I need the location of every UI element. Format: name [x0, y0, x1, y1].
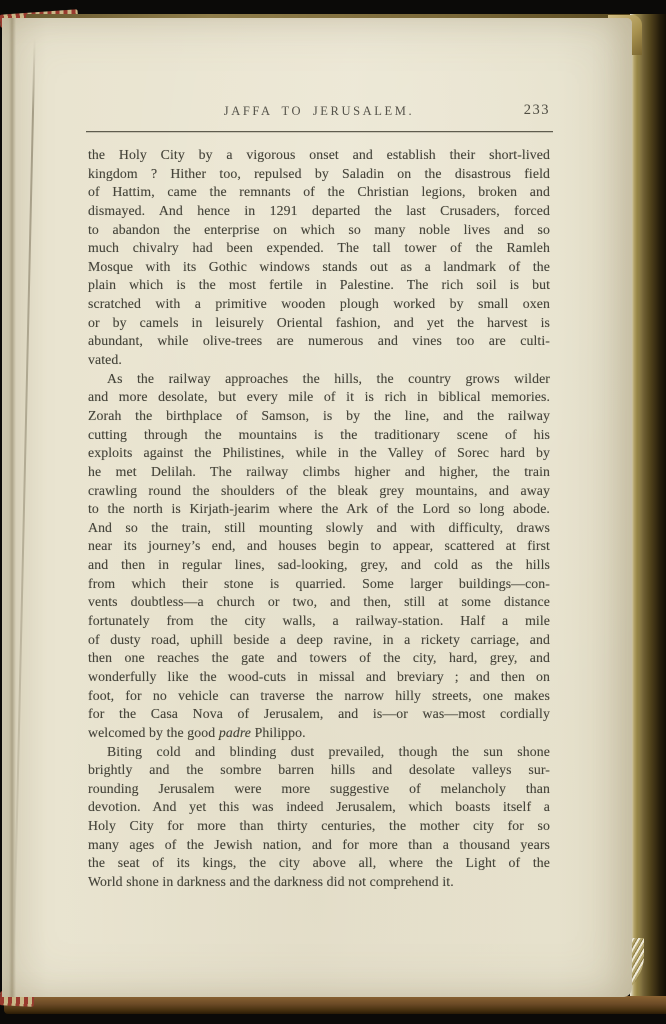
text-line: vated.: [88, 351, 550, 370]
text-line: much chivalry had been expended. The tal…: [88, 239, 550, 258]
page-content: JAFFA TO JERUSALEM. 233 the Holy City by…: [88, 18, 550, 997]
running-header: JAFFA TO JERUSALEM. 233: [88, 104, 550, 119]
text-line: Zorah the birthplace of Samson, is by th…: [88, 407, 550, 426]
text-line: As the railway approaches the hills, the…: [88, 370, 550, 389]
text-line: World shone in darkness and the darkness…: [88, 873, 550, 892]
text-line: wonderfully like the wood-cuts in missal…: [88, 668, 550, 687]
text-line: plain which is the most fertile in Pales…: [88, 276, 550, 295]
text-line: Holy City for more than thirty centuries…: [88, 817, 550, 836]
text-run: welcomed by the good: [88, 725, 219, 740]
text-line: he met Delilah. The railway climbs highe…: [88, 463, 550, 482]
book-page: JAFFA TO JERUSALEM. 233 the Holy City by…: [2, 18, 632, 997]
text-line: of Hattim, came the remnants of the Chri…: [88, 183, 550, 202]
paragraph: Biting cold and blinding dust prevailed,…: [88, 743, 550, 892]
text-line: or by camels in leisurely Oriental fashi…: [88, 314, 550, 333]
text-line: cutting through the mountains is the tra…: [88, 426, 550, 445]
body-text: the Holy City by a vigorous onset and es…: [88, 146, 550, 892]
text-line: to abandon the enterprise on which so ma…: [88, 221, 550, 240]
text-line: dismayed. And hence in 1291 departed the…: [88, 202, 550, 221]
text-line: to the north is Kirjath-jearim where the…: [88, 500, 550, 519]
text-line: many ages of the Jewish nation, and for …: [88, 836, 550, 855]
text-line: the Holy City by a vigorous onset and es…: [88, 146, 550, 165]
text-line: vents doubtless—a church or two, and the…: [88, 593, 550, 612]
text-line: of dusty road, uphill beside a deep ravi…: [88, 631, 550, 650]
cover-edge-bottom: [4, 996, 666, 1014]
text-line: brightly and the sombre barren hills and…: [88, 761, 550, 780]
gutter-crease: [12, 38, 35, 978]
text-line: then one reaches the gate and towers of …: [88, 649, 550, 668]
text-run: Philippo.: [251, 725, 306, 740]
text-line: abundant, while olive-trees are numerous…: [88, 332, 550, 351]
text-line: Mosque with its Gothic windows stands ou…: [88, 258, 550, 277]
text-line: and more desolate, but every mile of it …: [88, 388, 550, 407]
text-line: welcomed by the good padre Philippo.: [88, 724, 550, 743]
paragraph: the Holy City by a vigorous onset and es…: [88, 146, 550, 370]
text-line: crawling round the shoulders of the blea…: [88, 482, 550, 501]
page-edges-right: [630, 14, 666, 1000]
header-rule: [86, 131, 553, 132]
text-line: for the Casa Nova of Jerusalem, and is—o…: [88, 705, 550, 724]
italic-word: padre: [219, 725, 251, 740]
text-line: near its journey’s end, and houses begin…: [88, 537, 550, 556]
text-line: kingdom ? Hither too, repulsed by Saladi…: [88, 165, 550, 184]
text-line: rounding Jerusalem were more suggestive …: [88, 780, 550, 799]
text-line: Biting cold and blinding dust prevailed,…: [88, 743, 550, 762]
text-line: devotion. And yet this was indeed Jerusa…: [88, 798, 550, 817]
header-title: JAFFA TO JERUSALEM.: [88, 104, 550, 119]
text-line: exploits against the Philistines, while …: [88, 444, 550, 463]
scanned-book-photo: JAFFA TO JERUSALEM. 233 the Holy City by…: [0, 0, 666, 1024]
text-line: scratched with a primitive wooden plough…: [88, 295, 550, 314]
text-line: foot, for no vehicle can traverse the na…: [88, 687, 550, 706]
text-line: from which their stone is quarried. Some…: [88, 575, 550, 594]
page-number: 233: [524, 102, 550, 119]
text-line: the seat of its kings, the city above al…: [88, 854, 550, 873]
paragraph: As the railway approaches the hills, the…: [88, 370, 550, 743]
text-line: fortunately from the city walls, a railw…: [88, 612, 550, 631]
text-line: and then in regular lines, sad-looking, …: [88, 556, 550, 575]
text-line: And so the train, still mounting slowly …: [88, 519, 550, 538]
